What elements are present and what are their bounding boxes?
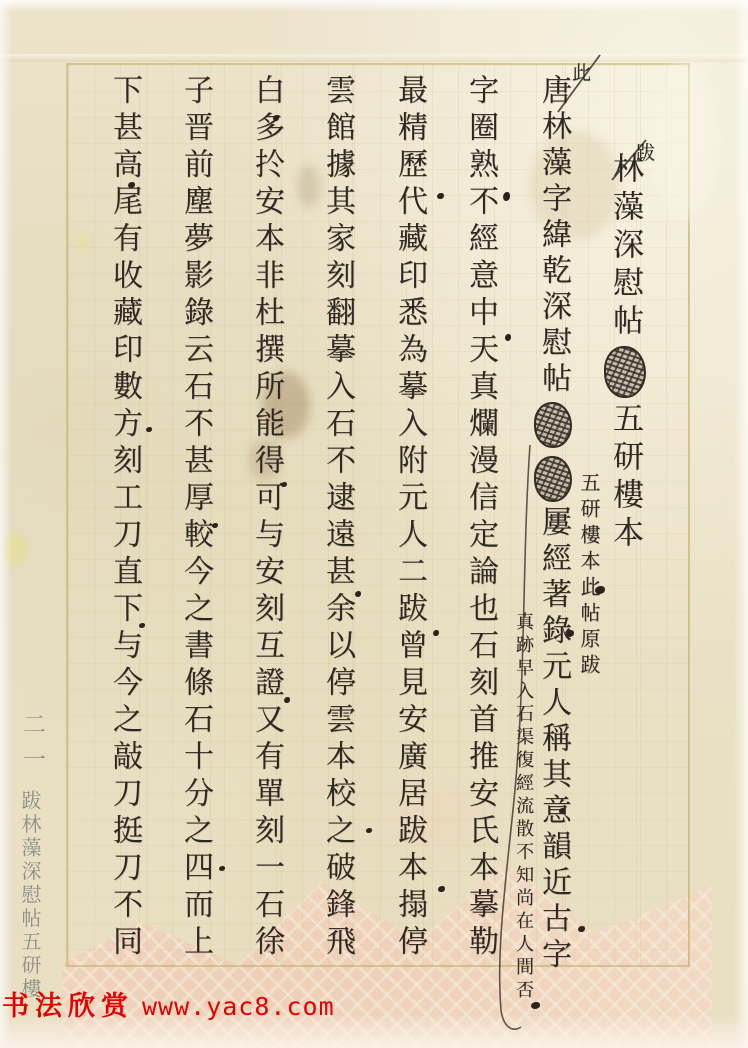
insertion-char-ci: 此 [572, 58, 591, 85]
text-column-5: 白多扵安本非杜撰所能得可与安刻互證又有單刻一石徐 [249, 74, 283, 962]
watermark: 书法欣赏www.yac8.com [2, 984, 335, 1023]
ink-stain [298, 165, 320, 207]
yellow-mark [74, 230, 90, 254]
scribbled-seal-icon [534, 402, 572, 448]
manuscript-page: 跋 林藻深慰帖五研樓本 此 唐林藻字緯乾深慰帖屢經著錄元人稱其意韻近古字 五研樓… [0, 0, 748, 1048]
page-number: 二一 [16, 712, 49, 782]
interlinear-note-2: 真跡早入石渠復經流散不知尚在人間否 [512, 612, 534, 1003]
title-column: 林藻深慰帖五研樓本 [604, 152, 646, 554]
text-column-7: 下甚高尾有收藏印數方刻工刀直下与今之敲刀挺刀不同 [107, 74, 141, 962]
text-column-6: 子晋前塵夢影錄云石不甚厚較今之書條石十分之四而上 [178, 74, 212, 962]
title-text: 林藻深慰帖 [607, 152, 643, 342]
scribbled-seal-icon [534, 456, 572, 502]
watermark-site-name: 书法欣赏 [2, 991, 134, 1022]
scan-edge [734, 0, 748, 1048]
paper-highlight [650, 60, 720, 220]
interlinear-note-1: 五研樓本此帖原跋 [577, 472, 601, 680]
scan-edge [0, 0, 12, 1048]
text-column-4: 雲館據其家刻翻摹入石不逮遠甚余以停雲本校之破鋒飛 [320, 74, 354, 962]
scan-edge [0, 0, 748, 12]
scribbled-seal-icon [604, 346, 646, 398]
watermark-url: www.yac8.com [142, 992, 335, 1021]
paper-crease [0, 54, 748, 62]
margin-caption: 跋林藻深慰帖五研樓 [18, 790, 42, 1002]
column1-part2: 屢經著錄元人稱其意韻近古字 [536, 506, 571, 974]
title-suffix: 五研樓本 [607, 402, 643, 554]
text-column-1: 唐林藻字緯乾深慰帖屢經著錄元人稱其意韻近古字 [534, 74, 572, 974]
text-column-3: 最精歷代藏印悉為摹入附元人二跋曾見安廣居跋本搨停 [392, 74, 426, 962]
column1-part1: 唐林藻字緯乾深慰帖 [536, 74, 571, 398]
text-column-2: 字圈熟不經意中天真爛漫信定論也石刻首推安氏本摹勒 [463, 74, 497, 962]
